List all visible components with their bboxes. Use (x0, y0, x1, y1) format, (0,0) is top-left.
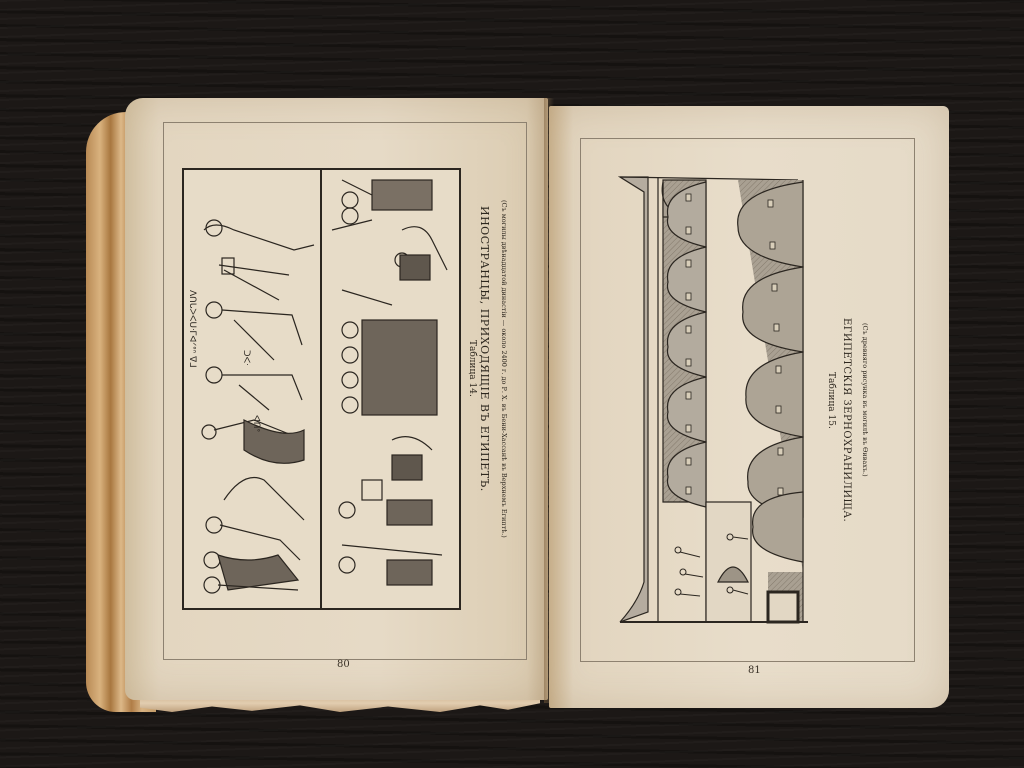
left-page-number: 80 (337, 659, 350, 670)
right-plate-title: ЕГИПЕТСКІЯ ЗЕРНОХРАНИЛИЩА. (841, 318, 852, 522)
granary-illustration (618, 172, 810, 627)
svg-text:ᐊᑎᐤ: ᐊᑎᐤ (251, 415, 261, 433)
left-plate-title: ИНОСТРАНЦЫ, ПРИХОДЯЩІЕ ВЪ ЕГИПЕТЪ. (478, 206, 491, 492)
egyptian-procession-illustration: ᐱᑎᒐᐳᐸᑌᐧᒥᐊᐟᐤᐢ ᐁᒧ ᑐᐸᐧ ᐊᑎᐤ (184, 170, 324, 608)
right-plate-label: Таблица 15. (826, 372, 836, 429)
left-plate-caption: (Съ могилы двѣнадцатой династіи — около … (500, 200, 508, 538)
left-plate-panel-1: ᐱᑎᒐᐳᐸᑌᐧᒥᐊᐟᐤᐢ ᐁᒧ ᑐᐸᐧ ᐊᑎᐤ (182, 168, 326, 610)
svg-text:ᑐᐸᐧ: ᑐᐸᐧ (241, 350, 251, 365)
open-book: ᐱᑎᒐᐳᐸᑌᐧᒥᐊᐟᐤᐢ ᐁᒧ ᑐᐸᐧ ᐊᑎᐤ (0, 0, 1024, 768)
egyptian-foreigners-illustration (322, 170, 459, 608)
right-plate-caption: (Съ древняго рисунка въ могилѣ въ Ѳивахъ… (861, 323, 869, 477)
right-page-number: 81 (748, 665, 761, 676)
left-plate-label: Таблица 14. (467, 340, 477, 397)
svg-text:ᐱᑎᒐᐳᐸᑌᐧᒥᐊᐟᐤᐢ ᐁᒧ: ᐱᑎᒐᐳᐸᑌᐧᒥᐊᐟᐤᐢ ᐁᒧ (187, 290, 197, 368)
left-plate-panel-2 (320, 168, 461, 610)
